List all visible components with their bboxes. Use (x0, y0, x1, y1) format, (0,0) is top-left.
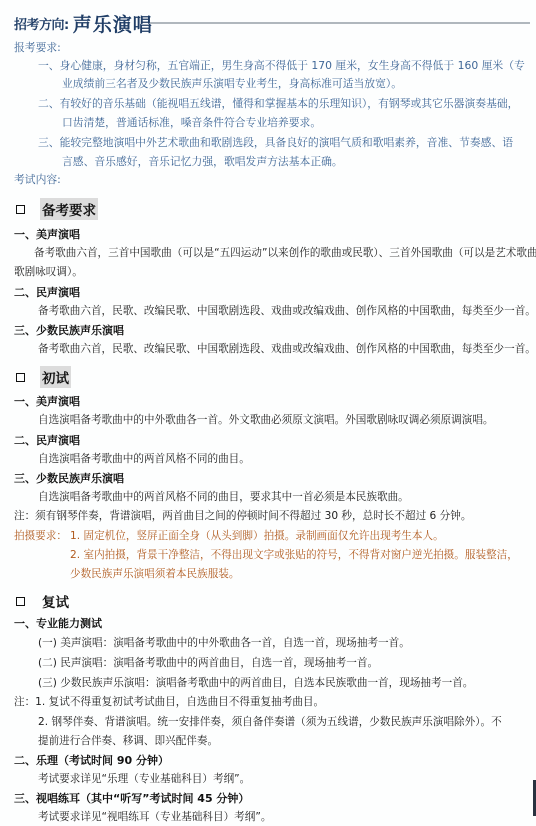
retest-body-3: 考试要求详见“视唱练耳（专业基础科目）考纲”。 (38, 809, 271, 824)
section-title: 复试 (40, 590, 71, 612)
filming-item-2-cont: 少数民族声乐演唱须着本民族服装。 (70, 566, 240, 581)
content-label: 考试内容: (14, 172, 61, 187)
checkbox-icon (16, 205, 25, 214)
retest-item-2: (二) 民声演唱：演唱备考歌曲中的两首曲目，自选一首，现场抽考一首。 (38, 655, 378, 670)
prep-heading-2: 二、民声演唱 (14, 284, 80, 300)
checkbox-icon (16, 373, 25, 382)
requirement-item-3-cont: 言感、音乐感好，音乐记忆力强，歌唱发声方法基本正确。 (62, 154, 343, 169)
retest-heading-3: 三、视唱练耳（其中“听写”考试时间 45 分钟） (14, 790, 249, 806)
requirement-item-3: 三、能较完整地演唱中外艺术歌曲和歌剧选段，具备良好的演唱气质和歌唱素养，音准、节… (38, 135, 513, 150)
section-retest: 复试 (16, 590, 71, 612)
prep-body-3: 备考歌曲六首，民歌、改编民歌、中国歌剧选段、戏曲或改编戏曲、创作风格的中国歌曲，… (38, 341, 536, 356)
prep-body-1: 备考歌曲六首，三首中国歌曲（可以是“五四运动”以来创作的歌曲或民歌）、三首外国歌… (34, 245, 536, 260)
prep-body-1-cont: 歌剧咏叹调）。 (14, 264, 83, 279)
filming-label: 拍摄要求： (14, 528, 67, 543)
prelim-body-2: 自选演唱备考歌曲中的两首风格不同的曲目。 (38, 451, 250, 466)
requirement-item-1: 一、身心健康，身材匀称，五官端正，男生身高不得低于 170 厘米，女生身高不得低… (38, 58, 525, 73)
prep-heading-1: 一、美声演唱 (14, 226, 80, 242)
requirement-item-2-cont: 口齿清楚，普通话标准，嗓音条件符合专业培养要求。 (62, 115, 321, 130)
prep-heading-3: 三、少数民族声乐演唱 (14, 322, 124, 338)
checkbox-icon (16, 597, 25, 606)
retest-item-1: (一) 美声演唱：演唱备考歌曲中的中外歌曲各一首，自选一首，现场抽考一首。 (38, 635, 410, 650)
retest-body-2: 考试要求详见“乐理（专业基础科目）考纲”。 (38, 771, 250, 786)
retest-item-3: (三) 少数民族声乐演唱：演唱备考歌曲中的两首曲目，自选本民族歌曲一首，现场抽考… (38, 675, 473, 690)
retest-heading-2: 二、乐理（考试时间 90 分钟） (14, 752, 169, 768)
filming-item-1: 1. 固定机位，竖屏正面全身（从头到脚）拍摄。录制画面仅允许出现考生本人。 (70, 528, 444, 543)
retest-heading-1: 一、专业能力测试 (14, 615, 102, 631)
page-header: 招考方向: 声乐演唱 (14, 10, 153, 36)
requirements-label: 报考要求: (14, 40, 61, 55)
prelim-heading-3: 三、少数民族声乐演唱 (14, 470, 124, 486)
prelim-heading-2: 二、民声演唱 (14, 432, 80, 448)
header-prefix: 招考方向: (14, 14, 69, 33)
requirement-item-1-cont: 业成绩前三名者及少数民族声乐演唱专业考生，身高标准可适当放宽）。 (62, 76, 402, 91)
retest-note-2: 2. 钢琴伴奏、背谱演唱。统一安排伴奏，须自备伴奏谱（须为五线谱，少数民族声乐演… (38, 714, 502, 729)
section-prelim: 初试 (16, 366, 71, 388)
retest-note-2-cont: 提前进行合伴奏、移调、即兴配伴奏。 (38, 733, 218, 748)
prelim-heading-1: 一、美声演唱 (14, 393, 80, 409)
header-divider (150, 22, 530, 24)
page-title: 声乐演唱 (73, 10, 153, 37)
prep-body-2: 备考歌曲六首，民歌、改编民歌、中国歌剧选段、戏曲或改编戏曲、创作风格的中国歌曲，… (38, 303, 536, 318)
section-title: 初试 (40, 366, 71, 388)
filming-item-2: 2. 室内拍摄，背景干净整洁，不得出现文字或张贴的符号，不得背对窗户逆光拍摄。服… (70, 547, 518, 562)
section-prep: 备考要求 (16, 198, 98, 220)
prelim-note: 注：须有钢琴伴奏，背谱演唱，两首曲目之间的停顿时间不得超过 30 秒，总时长不超… (14, 508, 471, 523)
retest-note-1: 注：1. 复试不得重复初试考试曲目，自选曲目不得重复抽考曲目。 (14, 694, 324, 709)
section-title: 备考要求 (40, 198, 98, 220)
prelim-body-3: 自选演唱备考歌曲中的两首风格不同的曲目，要求其中一首必须是本民族歌曲。 (38, 489, 409, 504)
requirement-item-2: 二、有较好的音乐基础（能视唱五线谱，懂得和掌握基本的乐理知识），有钢琴或其它乐器… (38, 96, 518, 111)
prelim-body-1: 自选演唱备考歌曲中的中外歌曲各一首。外文歌曲必须原文演唱。外国歌剧咏叹调必须原调… (38, 412, 494, 427)
